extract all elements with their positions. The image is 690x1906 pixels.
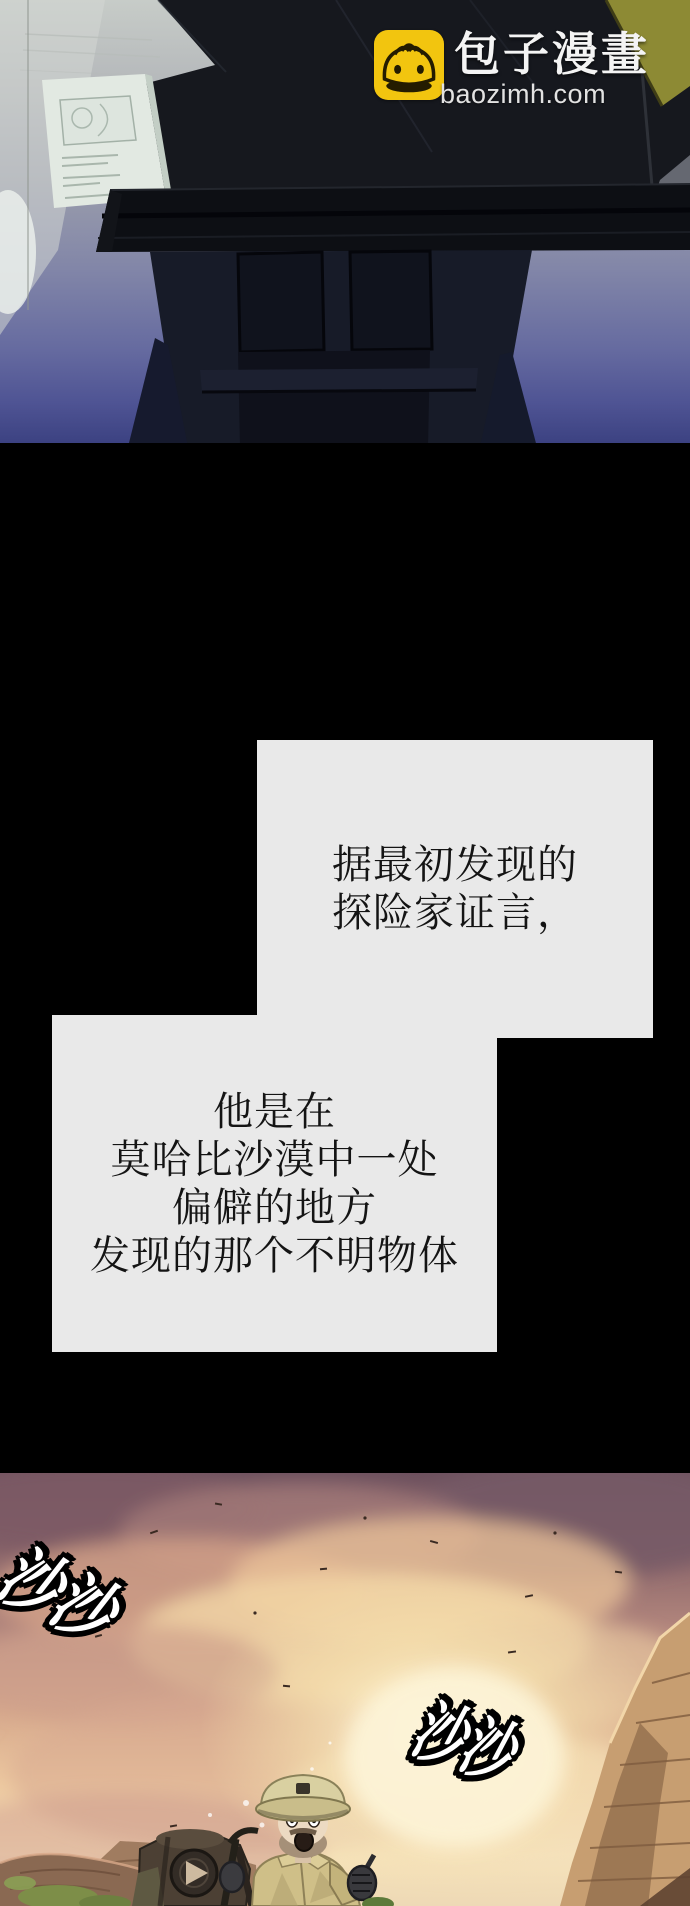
narration-line: 发现的那个不明物体 [90, 1232, 459, 1280]
webtoon-page: 包子漫畫 baozimh.com 据最初发现的 探险家证言， 他是在 莫哈比沙漠… [0, 0, 690, 1906]
open-mouth [295, 1831, 313, 1851]
narration-box-2: 他是在 莫哈比沙漠中一处 偏僻的地方 发现的那个不明物体 [52, 1015, 497, 1352]
helmet-badge [296, 1783, 310, 1794]
desert-scene-art [0, 1473, 690, 1906]
left-glove [220, 1862, 244, 1892]
moss-patch [4, 1876, 36, 1890]
narration-line: 探险家证言， [332, 889, 578, 937]
panel-desert-scene [0, 1473, 690, 1906]
bun-mascot-glyph [374, 30, 444, 100]
narration-line: 莫哈比沙漠中一处 [111, 1136, 439, 1184]
site-logo[interactable]: 包子漫畫 baozimh.com [374, 30, 650, 110]
note-sketch-frame [60, 96, 136, 145]
site-domain: baozimh.com [440, 79, 650, 110]
panel-museum-pedestal: 包子漫畫 baozimh.com [0, 0, 690, 447]
pedestal-column [128, 250, 537, 447]
narration-line: 他是在 [213, 1088, 336, 1136]
site-logo-text: 包子漫畫 baozimh.com [454, 30, 650, 110]
baozi-bun-icon [374, 30, 444, 100]
narration-box-1: 据最初发现的 探险家证言， [257, 740, 653, 1038]
mustache [290, 1831, 316, 1834]
exhibit-note [42, 74, 172, 208]
pedestal-table-top [96, 184, 690, 252]
narration-line: 偏僻的地方 [172, 1184, 377, 1232]
narration-line: 据最初发现的 [332, 841, 578, 889]
site-name: 包子漫畫 [454, 30, 650, 78]
